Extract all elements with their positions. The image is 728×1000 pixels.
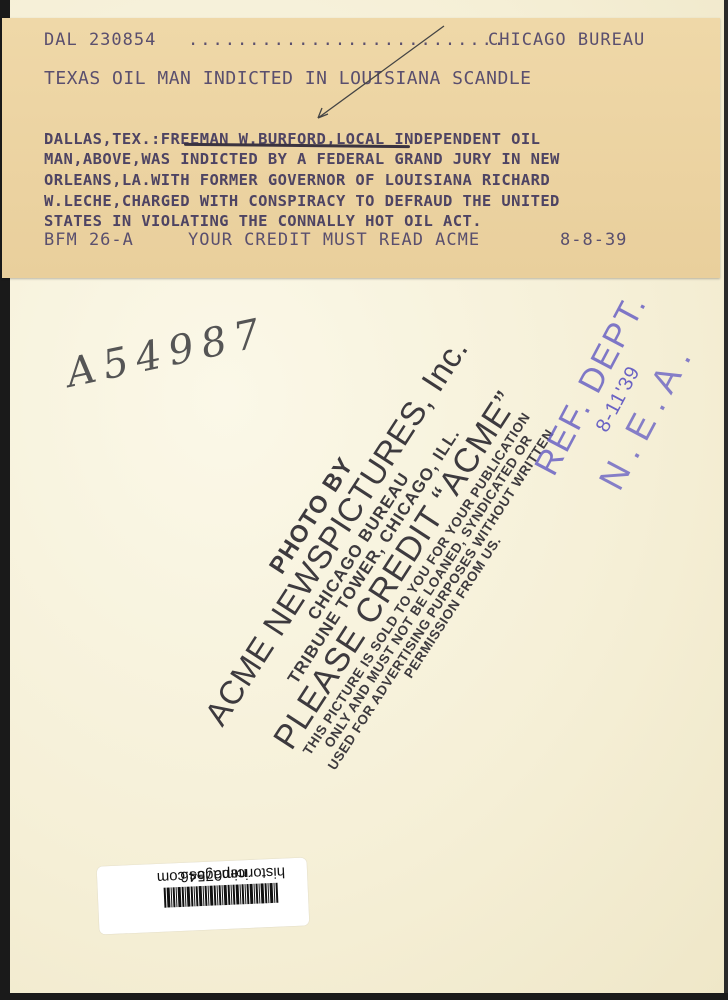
barcode-label: nep07546 historicimages.com (97, 857, 310, 934)
barcode-icon (133, 883, 279, 909)
scan-edge-bottom (0, 993, 728, 1000)
pencil-arrow-icon (0, 0, 728, 300)
